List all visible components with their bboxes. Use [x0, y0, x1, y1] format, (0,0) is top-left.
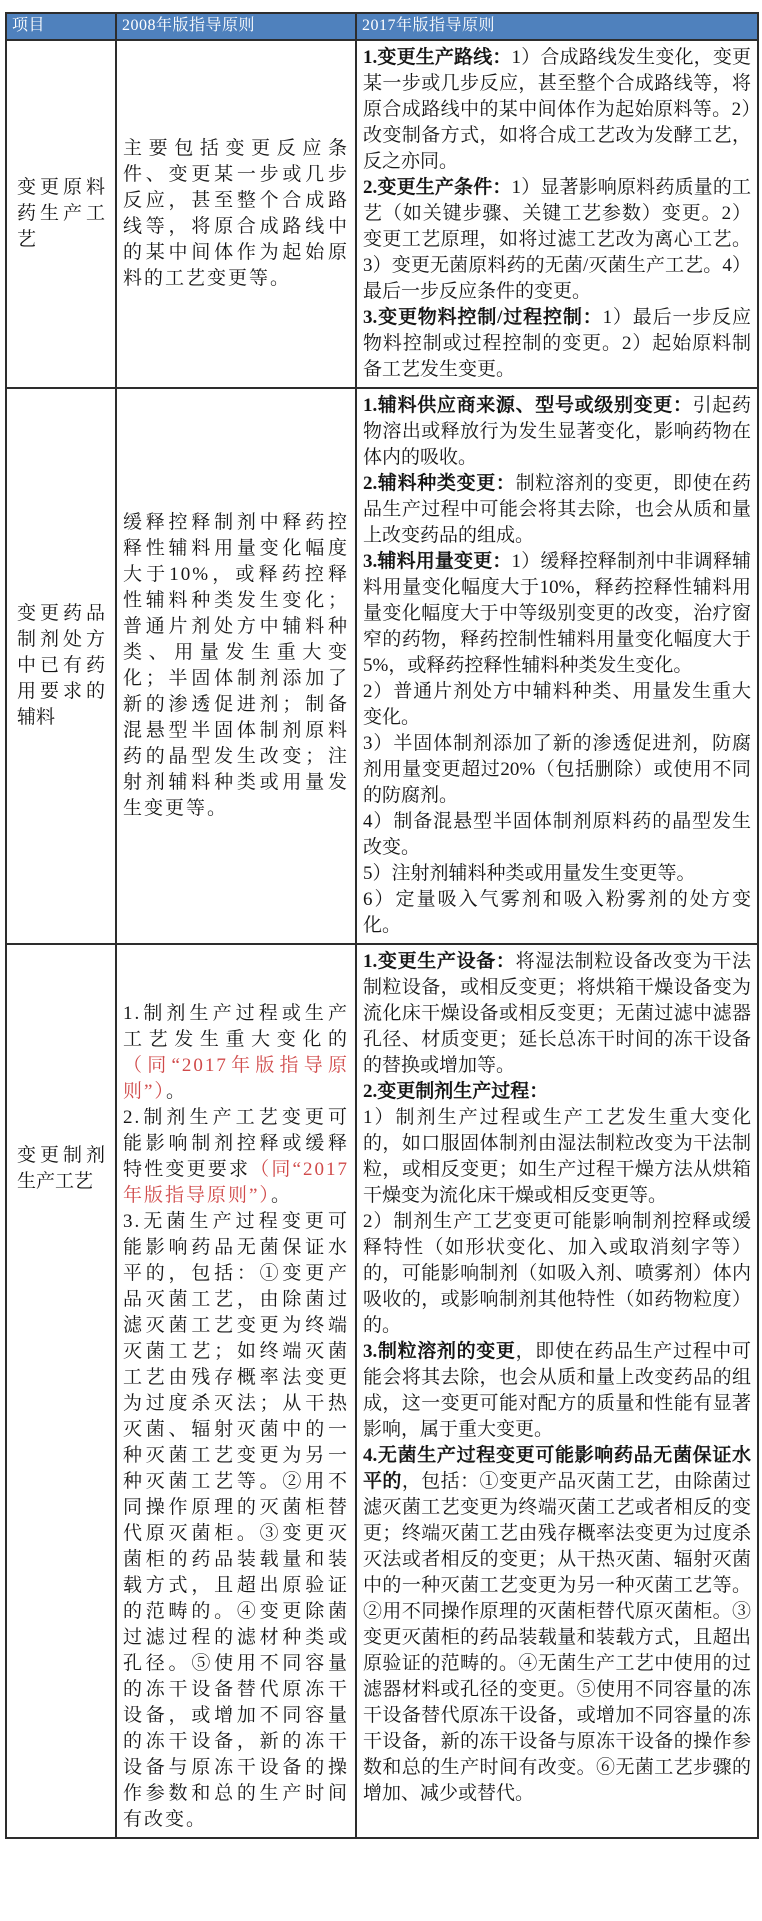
paragraph: 4）制备混悬型半固体制剂原料药的晶型发生改变。 [363, 809, 751, 861]
paragraph: 4.无菌生产过程变更可能影响药品无菌保证水平的，包括：①变更产品灭菌工艺，由除菌… [363, 1443, 751, 1807]
paragraph: 3.变更物料控制/过程控制：1）最后一步反应物料控制或过程控制的变更。2）起始原… [363, 305, 751, 383]
table-row: 变更药品制剂处方中已有药用要求的辅料缓释控释制剂中释药控释性辅料用量变化幅度大于… [6, 388, 758, 944]
paragraph: 3.辅料用量变更：1）缓释控释制剂中非调释辅料用量变化幅度大于10%，释药控释性… [363, 549, 751, 679]
paragraph: 主要包括变更反应条件、变更某一步或几步反应，甚至整个合成路线等，将原合成路线中的… [123, 136, 349, 292]
paragraph: 1.制剂生产过程或生产工艺发生重大变化的（同“2017年版指导原则”）。 [123, 1001, 349, 1105]
header-cell-item: 项目 [6, 13, 116, 40]
paragraph: 变更制剂生产工艺 [17, 1143, 105, 1195]
paragraph: 1.辅料供应商来源、型号或级别变更：引起药物溶出或释放行为发生显著变化，影响药物… [363, 393, 751, 471]
guideline-2008-cell: 缓释控释制剂中释药控释性辅料用量变化幅度大于10%，或释药控释性辅料种类发生变化… [116, 388, 356, 944]
item-cell: 变更原料药生产工艺 [6, 40, 116, 388]
table-row: 变更制剂生产工艺1.制剂生产过程或生产工艺发生重大变化的（同“2017年版指导原… [6, 944, 758, 1838]
guideline-2017-cell: 1.变更生产设备：将湿法制粒设备改变为干法制粒设备，或相反变更；将烘箱干燥设备变… [356, 944, 758, 1838]
paragraph: 1.变更生产路线：1）合成路线发生变化，变更某一步或几步反应，甚至整个合成路线等… [363, 45, 751, 175]
comparison-table: 项目 2008年版指导原则 2017年版指导原则 变更原料药生产工艺主要包括变更… [5, 12, 759, 1839]
paragraph: 变更药品制剂处方中已有药用要求的辅料 [17, 601, 105, 731]
table-row: 变更原料药生产工艺主要包括变更反应条件、变更某一步或几步反应，甚至整个合成路线等… [6, 40, 758, 388]
table-header: 项目 2008年版指导原则 2017年版指导原则 [6, 13, 758, 40]
guideline-2008-cell: 1.制剂生产过程或生产工艺发生重大变化的（同“2017年版指导原则”）。2.制剂… [116, 944, 356, 1838]
paragraph: 变更原料药生产工艺 [17, 175, 105, 253]
paragraph: 1.变更生产设备：将湿法制粒设备改变为干法制粒设备，或相反变更；将烘箱干燥设备变… [363, 949, 751, 1079]
paragraph: 缓释控释制剂中释药控释性辅料用量变化幅度大于10%，或释药控释性辅料种类发生变化… [123, 510, 349, 822]
paragraph: 3.无菌生产过程变更可能影响药品无菌保证水平的，包括：①变更产品灭菌工艺，由除菌… [123, 1209, 349, 1833]
guideline-2017-cell: 1.变更生产路线：1）合成路线发生变化，变更某一步或几步反应，甚至整个合成路线等… [356, 40, 758, 388]
paragraph: 3）半固体制剂添加了新的渗透促进剂，防腐剂用量变更超过20%（包括删除）或使用不… [363, 731, 751, 809]
header-row: 项目 2008年版指导原则 2017年版指导原则 [6, 13, 758, 40]
comparison-table-body: 变更原料药生产工艺主要包括变更反应条件、变更某一步或几步反应，甚至整个合成路线等… [6, 40, 758, 1838]
guideline-2017-cell: 1.辅料供应商来源、型号或级别变更：引起药物溶出或释放行为发生显著变化，影响药物… [356, 388, 758, 944]
paragraph: 5）注射剂辅料种类或用量发生变更等。 [363, 861, 751, 887]
item-cell: 变更制剂生产工艺 [6, 944, 116, 1838]
paragraph: 2）普通片剂处方中辅料种类、用量发生重大变化。 [363, 679, 751, 731]
paragraph: 6）定量吸入气雾剂和吸入粉雾剂的处方变化。 [363, 887, 751, 939]
paragraph: 1）制剂生产过程或生产工艺发生重大变化的，如口服固体制剂由湿法制粒改变为干法制粒… [363, 1105, 751, 1209]
paragraph: 2.变更生产条件：1）显著影响原料药质量的工艺（如关键步骤、关键工艺参数）变更。… [363, 175, 751, 305]
paragraph: 2.变更制剂生产过程： [363, 1079, 751, 1105]
paragraph: 2.制剂生产工艺变更可能影响制剂控释或缓释特性变更要求（同“2017年版指导原则… [123, 1105, 349, 1209]
guideline-2008-cell: 主要包括变更反应条件、变更某一步或几步反应，甚至整个合成路线等，将原合成路线中的… [116, 40, 356, 388]
paragraph: 3.制粒溶剂的变更，即使在药品生产过程中可能会将其去除，也会从质和量上改变药品的… [363, 1339, 751, 1443]
paragraph: 2）制剂生产工艺变更可能影响制剂控释或缓释特性（如形状变化、加入或取消刻字等）的… [363, 1209, 751, 1339]
header-cell-2008: 2008年版指导原则 [116, 13, 356, 40]
document-page: 项目 2008年版指导原则 2017年版指导原则 变更原料药生产工艺主要包括变更… [0, 0, 762, 1844]
paragraph: 2.辅料种类变更：制粒溶剂的变更，即使在药品生产过程中可能会将其去除，也会从质和… [363, 471, 751, 549]
item-cell: 变更药品制剂处方中已有药用要求的辅料 [6, 388, 116, 944]
header-cell-2017: 2017年版指导原则 [356, 13, 758, 40]
